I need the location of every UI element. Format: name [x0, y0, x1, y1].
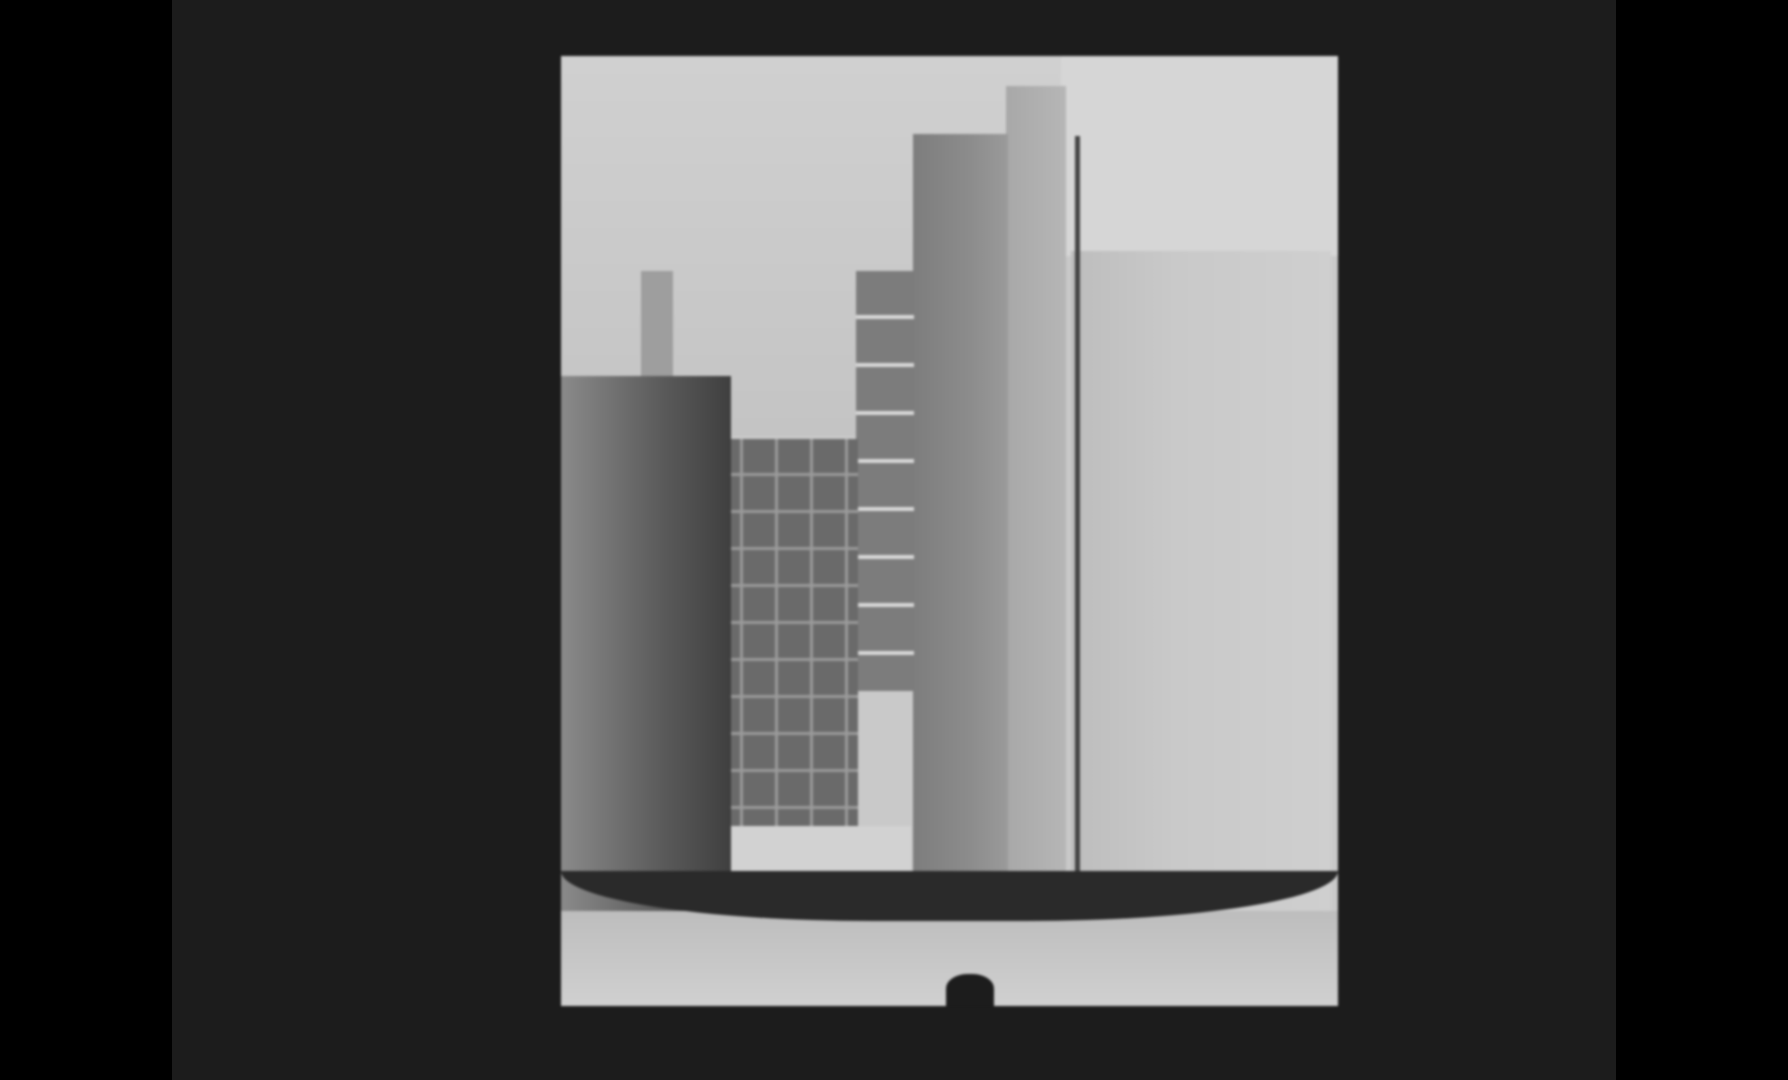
building-wall-right	[1071, 251, 1331, 971]
lit-base	[731, 826, 911, 876]
sky-upper-right	[1061, 56, 1338, 256]
letterbox-right	[1616, 0, 1788, 1080]
ladder-facade	[856, 271, 914, 691]
letterbox-left	[0, 0, 172, 1080]
sill-knob	[946, 974, 994, 1006]
vertical-pole	[1075, 136, 1080, 916]
tower-side	[1006, 86, 1066, 916]
window-photo	[561, 56, 1338, 1006]
dark-tower	[913, 134, 1008, 924]
